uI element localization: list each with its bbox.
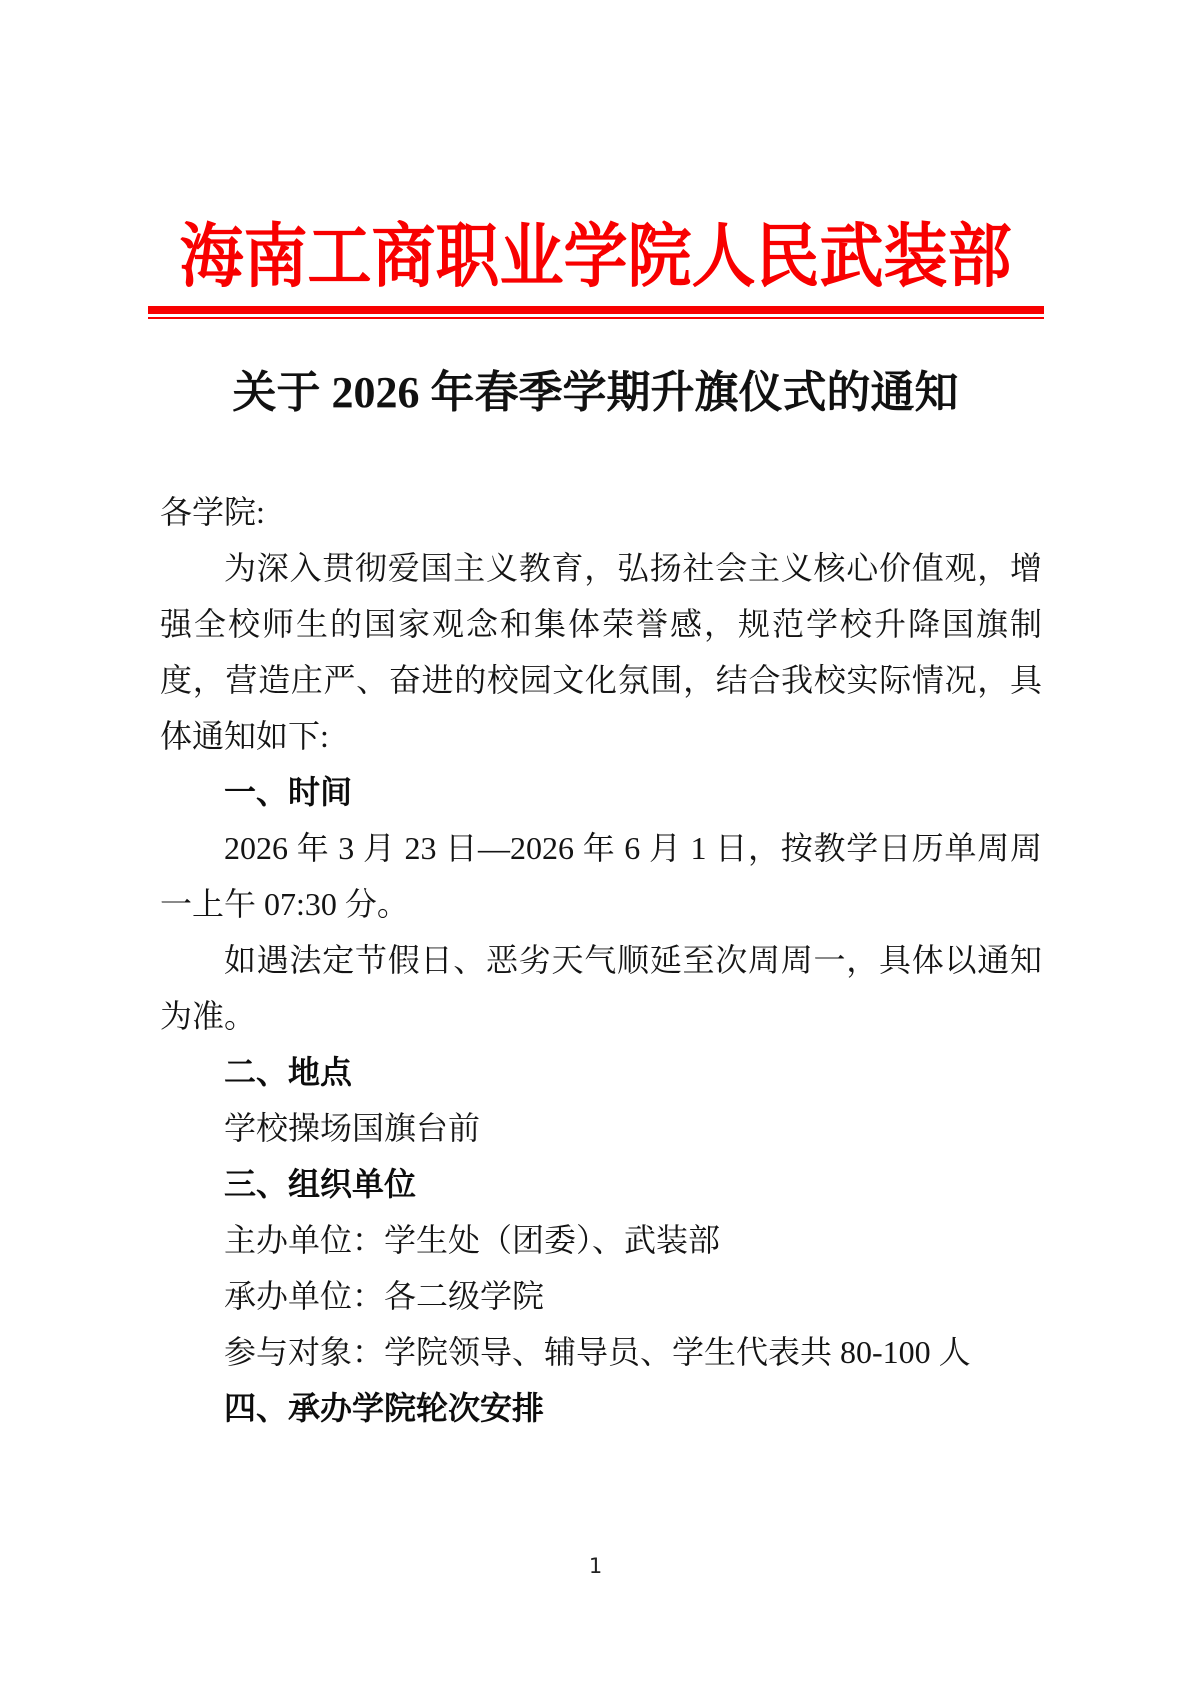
time-detail-paragraph: 2026 年 3 月 23 日—2026 年 6 月 1 日，按教学日历单周周一… xyxy=(160,820,1042,932)
place-paragraph: 学校操场国旗台前 xyxy=(160,1100,1042,1156)
postpone-paragraph: 如遇法定节假日、恶劣天气顺延至次周周一，具体以通知为准。 xyxy=(160,932,1042,1044)
separator-thick-line xyxy=(148,306,1044,314)
section-heading-rotation: 四、承办学院轮次安排 xyxy=(160,1380,1042,1436)
document-page: 海南工商职业学院人民武装部 关于 2026 年春季学期升旗仪式的通知 各学院: … xyxy=(0,0,1191,1684)
letterhead-org-name: 海南工商职业学院人民武装部 xyxy=(0,212,1191,303)
host-unit-paragraph: 主办单位：学生处（团委）、武装部 xyxy=(160,1212,1042,1268)
section-heading-place: 二、地点 xyxy=(160,1044,1042,1100)
salutation: 各学院: xyxy=(160,484,1042,540)
document-body: 各学院: 为深入贯彻爱国主义教育，弘扬社会主义核心价值观，增强全校师生的国家观念… xyxy=(160,484,1042,1436)
section-heading-time: 一、时间 xyxy=(160,764,1042,820)
document-title: 关于 2026 年春季学期升旗仪式的通知 xyxy=(0,366,1191,420)
undertaker-paragraph: 承办单位：各二级学院 xyxy=(160,1268,1042,1324)
letterhead-separator xyxy=(148,306,1044,319)
page-number: 1 xyxy=(0,1552,1191,1580)
participants-paragraph: 参与对象：学院领导、辅导员、学生代表共 80-100 人 xyxy=(160,1324,1042,1380)
intro-paragraph: 为深入贯彻爱国主义教育，弘扬社会主义核心价值观，增强全校师生的国家观念和集体荣誉… xyxy=(160,540,1042,764)
section-heading-organizers: 三、组织单位 xyxy=(160,1156,1042,1212)
separator-thin-line xyxy=(148,317,1044,319)
